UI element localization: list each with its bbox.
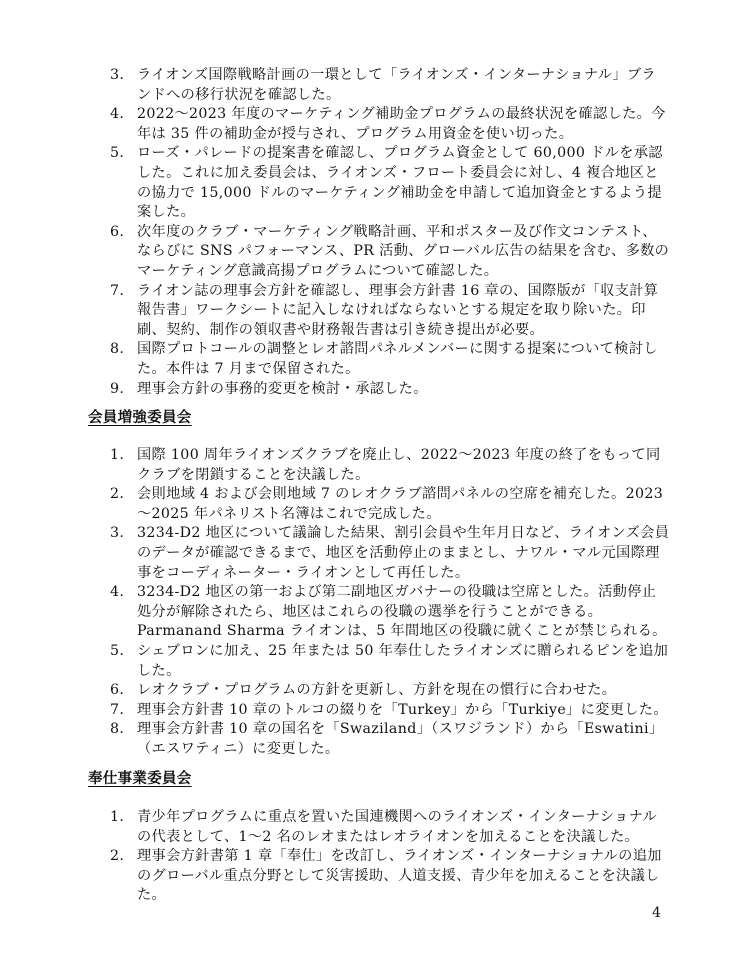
item-number: 2. — [110, 847, 132, 867]
item-text: 会則地域 4 および会則地域 7 のレオクラブ諮問パネルの空席を補充した。202… — [137, 486, 663, 522]
list-item: 8.国際プロトコールの調整とレオ諮問パネルメンバーに関する提案について検討した。… — [110, 340, 670, 379]
list-item: 2.理事会方針書第 1 章「奉仕」を改訂し、ライオンズ・インターナショナルの追加… — [110, 847, 670, 906]
item-text: 3234-D2 地区について議論した結果、割引会員や生年月日など、ライオンズ会員… — [137, 525, 669, 580]
item-number: 2. — [110, 485, 132, 505]
list-item: 9.理事会方針の事務的変更を検討・承認した。 — [110, 380, 670, 400]
list-item: 4.2022～2023 年度のマーケティング補助金プログラムの最終状況を確認した… — [110, 105, 670, 144]
item-text: 国際プロトコールの調整とレオ諮問パネルメンバーに関する提案について検討した。本件… — [137, 341, 658, 377]
item-number: 6. — [110, 223, 132, 243]
item-number: 7. — [110, 701, 132, 721]
item-number: 6. — [110, 681, 132, 701]
membership-committee-list: 1.国際 100 周年ライオンズクラブを廃止し、2022～2023 年度の終了を… — [110, 446, 670, 760]
item-number: 8. — [110, 720, 132, 740]
item-number: 1. — [110, 808, 132, 828]
list-item: 7.ライオン誌の理事会方針を確認し、理事会方針書 16 章の、国際版が「収支計算… — [110, 282, 670, 341]
section-heading-membership-committee: 会員増強委員会 — [88, 406, 192, 427]
item-text: 理事会方針の事務的変更を検討・承認した。 — [137, 381, 428, 397]
item-number: 8. — [110, 340, 132, 360]
list-item: 6.次年度のクラブ・マーケティング戦略計画、平和ポスター及び作文コンテスト、なら… — [110, 223, 670, 282]
item-text: 理事会方針書第 1 章「奉仕」を改訂し、ライオンズ・インターナショナルの追加のグ… — [137, 848, 662, 903]
document-page: 3.ライオンズ国際戦略計画の一環として「ライオンズ・インターナショナル」ブランド… — [0, 0, 750, 971]
page-number: 4 — [652, 905, 661, 921]
service-committee-list: 1.青少年プログラムに重点を置いた国連機関へのライオンズ・インターナショナルの代… — [110, 808, 670, 906]
item-number: 5. — [110, 642, 132, 662]
item-text: 2022～2023 年度のマーケティング補助金プログラムの最終状況を確認した。今… — [137, 106, 666, 142]
list-item: 6.レオクラブ・プログラムの方針を更新し、方針を現在の慣行に合わせた。 — [110, 681, 670, 701]
item-number: 4. — [110, 583, 132, 603]
item-text: レオクラブ・プログラムの方針を更新し、方針を現在の慣行に合わせた。 — [137, 682, 616, 698]
marketing-committee-list: 3.ライオンズ国際戦略計画の一環として「ライオンズ・インターナショナル」ブランド… — [110, 66, 670, 399]
item-text: シェブロンに加え、25 年または 50 年奉仕したライオンズに贈られるピンを追加… — [137, 643, 668, 679]
list-item: 2.会則地域 4 および会則地域 7 のレオクラブ諮問パネルの空席を補充した。2… — [110, 485, 670, 524]
item-text: 青少年プログラムに重点を置いた国連機関へのライオンズ・インターナショナルの代表と… — [137, 809, 657, 845]
list-item: 3.3234-D2 地区について議論した結果、割引会員や生年月日など、ライオンズ… — [110, 524, 670, 583]
list-item: 3.ライオンズ国際戦略計画の一環として「ライオンズ・インターナショナル」ブランド… — [110, 66, 670, 105]
list-item: 5.ローズ・パレードの提案書を確認し、プログラム資金として 60,000 ドルを… — [110, 144, 670, 222]
item-number: 4. — [110, 105, 132, 125]
section-heading-service-committee: 奉仕事業委員会 — [88, 767, 192, 788]
list-item: 5.シェブロンに加え、25 年または 50 年奉仕したライオンズに贈られるピンを… — [110, 642, 670, 681]
item-text: 理事会方針書 10 章のトルコの綴りを「Turkey」から「Turkiye」に変… — [137, 702, 668, 718]
item-text: ライオン誌の理事会方針を確認し、理事会方針書 16 章の、国際版が「収支計算報告… — [137, 283, 658, 338]
item-number: 7. — [110, 282, 132, 302]
item-text: 次年度のクラブ・マーケティング戦略計画、平和ポスター及び作文コンテスト、ならびに… — [137, 224, 669, 279]
item-number: 3. — [110, 524, 132, 544]
item-text: 3234-D2 地区の第一および第二副地区ガバナーの役職は空席とした。活動停止処… — [137, 584, 667, 639]
item-number: 1. — [110, 446, 132, 466]
item-text: 国際 100 周年ライオンズクラブを廃止し、2022～2023 年度の終了をもっ… — [137, 447, 661, 483]
list-item: 1.国際 100 周年ライオンズクラブを廃止し、2022～2023 年度の終了を… — [110, 446, 670, 485]
list-item: 1.青少年プログラムに重点を置いた国連機関へのライオンズ・インターナショナルの代… — [110, 808, 670, 847]
item-text: ライオンズ国際戦略計画の一環として「ライオンズ・インターナショナル」ブランドへの… — [137, 67, 656, 103]
list-item: 8.理事会方針書 10 章の国名を「Swaziland」（スワジランド）から「E… — [110, 720, 670, 759]
list-item: 7.理事会方針書 10 章のトルコの綴りを「Turkey」から「Turkiye」… — [110, 701, 670, 721]
item-number: 3. — [110, 66, 132, 86]
item-number: 5. — [110, 144, 132, 164]
item-number: 9. — [110, 380, 132, 400]
item-text: 理事会方針書 10 章の国名を「Swaziland」（スワジランド）から「Esw… — [137, 721, 663, 757]
item-text: ローズ・パレードの提案書を確認し、プログラム資金として 60,000 ドルを承認… — [137, 145, 663, 220]
list-item: 4.3234-D2 地区の第一および第二副地区ガバナーの役職は空席とした。活動停… — [110, 583, 670, 642]
